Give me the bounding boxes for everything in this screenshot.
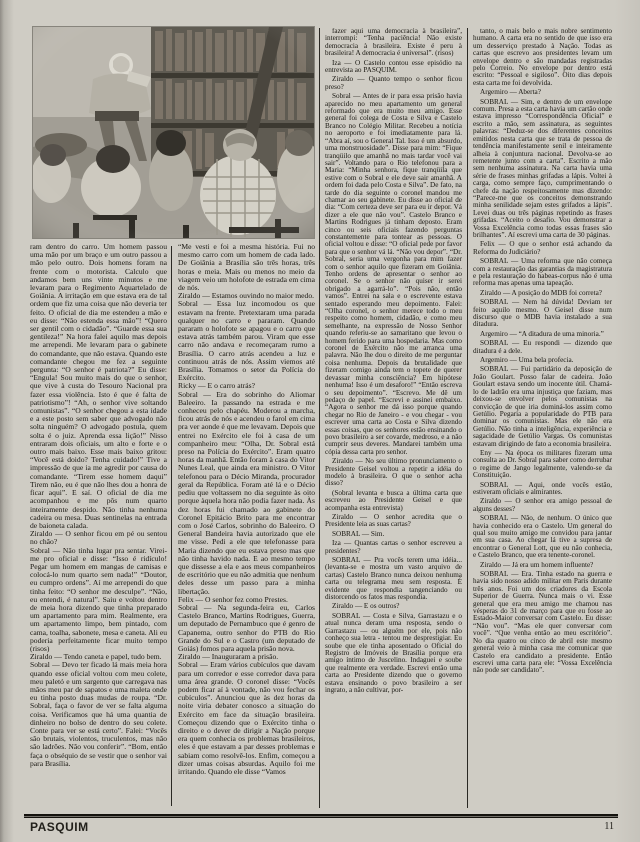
paragraph: Sobral — Antes de ir para essa prisão ha… bbox=[325, 93, 462, 456]
paragraph: (Sobral levanta e busca a última carta q… bbox=[325, 490, 462, 512]
paragraph: Ziraldo — Quanto tempo o senhor ficou pr… bbox=[325, 76, 462, 91]
paragraph: Iza — O Castelo contou esse episódio na … bbox=[325, 60, 462, 75]
text-column-2: “Me vesti e foi a mesma história. Fui no… bbox=[178, 243, 315, 809]
paragraph: Ziraldo — Já era um homem influente? bbox=[473, 562, 612, 569]
interview-photo bbox=[32, 26, 315, 239]
column-divider bbox=[171, 246, 172, 806]
page-number: 11 bbox=[604, 821, 614, 832]
paragraph: Argemiro — Aberta? bbox=[473, 89, 612, 96]
paragraph: Argemiro — “A ditadura de uma minoria.” bbox=[473, 331, 612, 338]
paragraph: Iza — Quantas cartas o senhor escreveu a… bbox=[325, 540, 462, 555]
paragraph: Ziraldo — A posição do MDB foi correta? bbox=[473, 290, 612, 297]
paragraph: SOBRAL — Uma reforma que não começa com … bbox=[473, 258, 612, 288]
paragraph: “Me vesti e foi a mesma história. Fui no… bbox=[178, 243, 315, 292]
paragraph: Argemiro — Uma bela profecia. bbox=[473, 357, 612, 364]
paragraph: Felix — O que o senhor está achando da R… bbox=[473, 241, 612, 256]
paragraph: SOBRAL — Não, de nenhum. O único que hav… bbox=[473, 515, 612, 559]
paragraph: Eny — Na época os militares fizeram uma … bbox=[473, 450, 612, 480]
paragraph: Sobral — Na segunda-feira eu, Carlos Cas… bbox=[178, 604, 315, 653]
paragraph: SOBRAL — Costa e Silva, Garrastazu e o a… bbox=[325, 613, 462, 694]
paragraph: SOBRAL — Eu respondi — dizendo que ditad… bbox=[473, 340, 612, 355]
paragraph: Sobral — Devo ter ficado lá mais meia ho… bbox=[30, 661, 167, 768]
paragraph: SOBRAL — Sim. bbox=[325, 531, 462, 538]
text-column-4: tanto, o mais belo e mais nobre sentimen… bbox=[473, 28, 612, 810]
paragraph: SOBRAL — Sim, e dentro de um envelope co… bbox=[473, 99, 612, 240]
paragraph: Ziraldo — O senhor era amigo pessoal de … bbox=[473, 498, 612, 513]
magazine-page: ram dentro do carro. Um homem passou uma… bbox=[0, 0, 640, 842]
paragraph: Ziraldo — No seu último pronunciamento o… bbox=[325, 458, 462, 488]
paragraph: SOBRAL — Fui partidário da deposição de … bbox=[473, 366, 612, 447]
column-divider bbox=[319, 28, 320, 808]
paragraph: fazer aqui uma democracia à brasileira”,… bbox=[325, 28, 462, 58]
paragraph: SOBRAL — Pra vocês terem uma idéia... (l… bbox=[325, 557, 462, 601]
paragraph: SOBRAL — Aqui, onde vocês estão, estiver… bbox=[473, 482, 612, 497]
publication-name: PASQUIM bbox=[30, 820, 89, 834]
column-divider bbox=[467, 28, 468, 808]
paragraph: Sobral — Essa luz incomodou os que estav… bbox=[178, 300, 315, 382]
paragraph: Ziraldo — O senhor ficou em pé ou sentou… bbox=[30, 530, 167, 546]
paragraph: Sobral — Não tinha lugar pra sentar. Vir… bbox=[30, 547, 167, 654]
paragraph: Sobral — Era do sobrinho do Aliomar Bale… bbox=[178, 391, 315, 596]
paragraph: SOBRAL — Era. Tinha estado na guerra e h… bbox=[473, 571, 612, 675]
paragraph: Sobral — Eram vários cubículos que davam… bbox=[178, 661, 315, 776]
footer-rule bbox=[24, 814, 618, 818]
paragraph: SOBRAL — Nem há dúvida! Deviam ter feito… bbox=[473, 299, 612, 329]
text-column-3: fazer aqui uma democracia à brasileira”,… bbox=[325, 28, 462, 810]
text-column-1: ram dentro do carro. Um homem passou uma… bbox=[30, 243, 167, 809]
paragraph: Ziraldo — E os outros? bbox=[325, 603, 462, 610]
interview-scene-photo bbox=[33, 27, 314, 238]
paragraph: tanto, o mais belo e mais nobre sentimen… bbox=[473, 28, 612, 87]
paragraph: ram dentro do carro. Um homem passou uma… bbox=[30, 243, 167, 530]
paragraph: Ziraldo — O senhor acredita que o Presid… bbox=[325, 514, 462, 529]
